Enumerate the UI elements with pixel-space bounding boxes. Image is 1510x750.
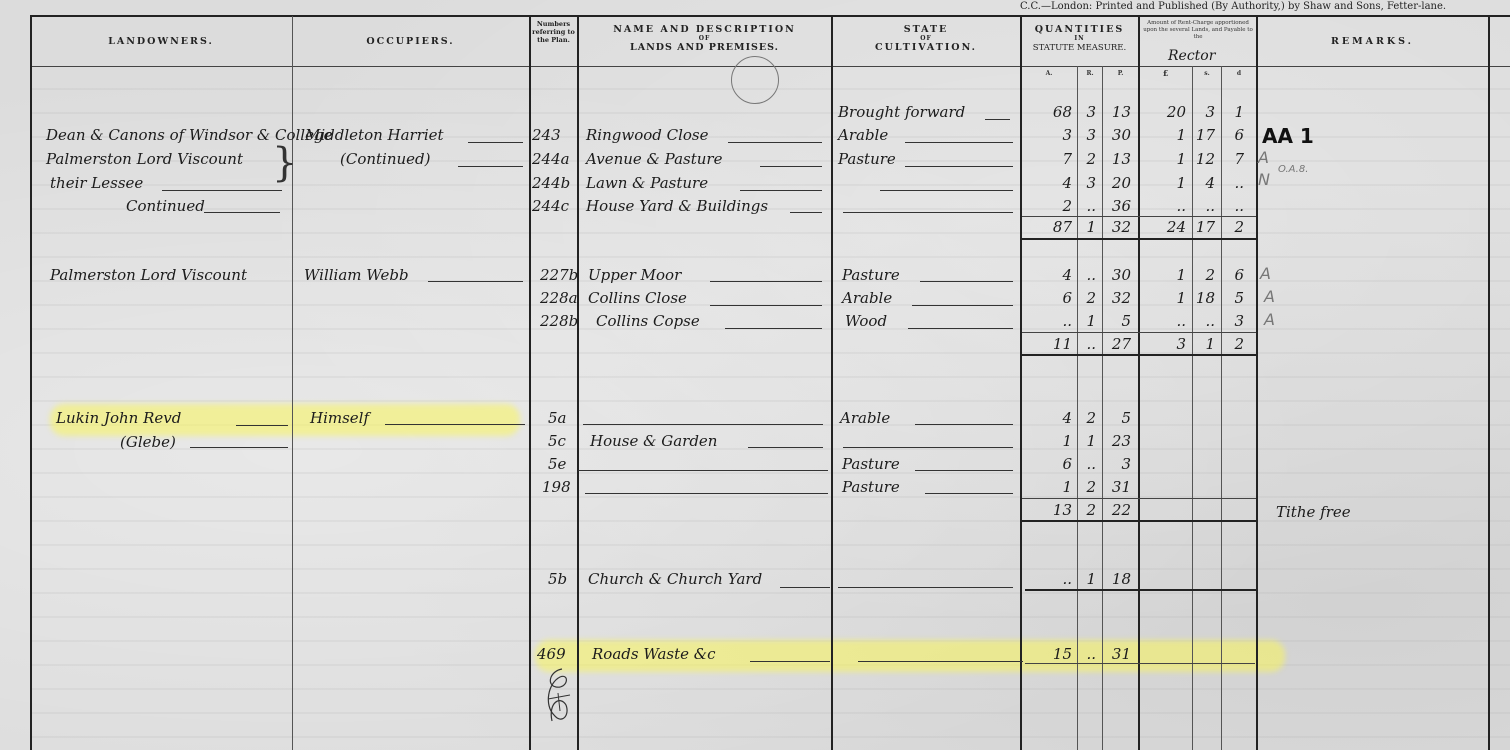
landowner-line: (Glebe): [120, 433, 176, 451]
occupier-line: (Continued): [340, 150, 431, 168]
acres: 1: [1030, 432, 1072, 450]
land-name: Church & Church Yard: [588, 570, 762, 588]
acres: 6: [1030, 289, 1072, 307]
fill-line: [760, 166, 822, 167]
total-pence: 2: [1222, 335, 1244, 353]
total-rule: [1022, 520, 1256, 522]
pencil-mark: A: [1258, 148, 1269, 167]
header-of: OF: [832, 35, 1020, 42]
cultivation-state: Pasture: [842, 478, 900, 496]
shillings: ..: [1193, 312, 1215, 330]
total-perches: 22: [1103, 501, 1131, 519]
subtotal-rule: [1022, 216, 1256, 217]
printer-line: C.C.—London: Printed and Published (By A…: [1020, 1, 1446, 12]
perches: 18: [1103, 570, 1131, 588]
fill-line: [468, 142, 523, 143]
bf-acres: 68: [1030, 103, 1072, 121]
pence: ..: [1222, 197, 1244, 215]
total-rule: [1025, 663, 1255, 664]
land-name: Collins Close: [588, 289, 687, 307]
total-roods: 2: [1078, 501, 1096, 519]
roods: 2: [1078, 150, 1096, 168]
perches: 30: [1103, 266, 1131, 284]
fill-line: [915, 470, 1013, 471]
acres: 15: [1030, 645, 1072, 663]
plan-number: 5c: [548, 432, 566, 450]
cultivation-state: Arable: [842, 289, 892, 307]
pence: ..: [1222, 174, 1244, 192]
cultivation-state: Pasture: [842, 266, 900, 284]
plan-number: 469: [537, 645, 566, 663]
acres: 7: [1030, 150, 1072, 168]
fill-line: [790, 212, 822, 213]
header-rent-charge: Amount of Rent-Charge apportioned upon t…: [1140, 20, 1256, 41]
acres: 4: [1030, 409, 1072, 427]
occupier-line: Middleton Harriet: [305, 126, 444, 144]
perches: 3: [1103, 455, 1131, 473]
pence: 3: [1222, 312, 1244, 330]
land-name: House Yard & Buildings: [586, 197, 768, 215]
bf-pence: 1: [1222, 103, 1244, 121]
plan-number: 227b: [540, 266, 578, 284]
plan-number: 228a: [540, 289, 578, 307]
header-quant-line2: STATUTE MEASURE.: [1033, 43, 1126, 53]
plan-number: 244b: [532, 174, 570, 192]
header-numbers: Numbers referring to the Plan.: [530, 20, 577, 44]
fill-line: [985, 119, 1010, 120]
sub-acres: A.: [1021, 70, 1077, 77]
total-pounds: 24: [1140, 218, 1186, 236]
pencil-reference: O.A.8.: [1278, 164, 1308, 175]
cultivation-state: Arable: [838, 126, 888, 144]
fill-line: [905, 142, 1013, 143]
roods: 2: [1078, 409, 1096, 427]
shillings: ..: [1193, 197, 1215, 215]
perches: 5: [1103, 312, 1131, 330]
fill-line: [728, 142, 822, 143]
landowner-line: their Lessee: [50, 174, 143, 192]
pence: 6: [1222, 126, 1244, 144]
bf-shillings: 3: [1193, 103, 1215, 121]
pounds: ..: [1140, 312, 1186, 330]
col-line: [1488, 16, 1490, 750]
col-line: [1192, 66, 1193, 750]
pence: 5: [1222, 289, 1244, 307]
scan-artifact-circle: [731, 56, 779, 104]
brace-icon: }: [272, 140, 297, 186]
header-remarks: REMARKS.: [1257, 36, 1488, 47]
fill-line: [578, 470, 828, 471]
fill-line: [915, 424, 1013, 425]
perches: 36: [1103, 197, 1131, 215]
fill-line: [780, 587, 830, 588]
land-name: Collins Copse: [596, 312, 700, 330]
bf-perches: 13: [1103, 103, 1131, 121]
header-landowners: LANDOWNERS.: [30, 36, 292, 47]
perches: 31: [1103, 645, 1131, 663]
plan-number: 243: [532, 126, 561, 144]
roods: 2: [1078, 289, 1096, 307]
fill-line: [920, 281, 1013, 282]
header-quantities: QUANTITIES IN STATUTE MEASURE.: [1021, 24, 1138, 53]
perches: 20: [1103, 174, 1131, 192]
fill-line: [858, 661, 1023, 662]
total-pence: 2: [1222, 218, 1244, 236]
total-pounds: 3: [1140, 335, 1186, 353]
pencil-mark: A: [1260, 264, 1271, 283]
header-of: OF: [578, 35, 831, 42]
landowner-line: Continued: [126, 197, 205, 215]
shillings: 12: [1193, 150, 1215, 168]
roods: 1: [1078, 570, 1096, 588]
sub-perches: P.: [1103, 70, 1138, 77]
roods: ..: [1078, 645, 1096, 663]
fill-line: [236, 425, 288, 426]
fill-line: [912, 305, 1013, 306]
plan-number: 198: [542, 478, 571, 496]
landowner-line: Palmerston Lord Viscount: [50, 266, 247, 284]
pencil-mark: A: [1264, 310, 1275, 329]
fill-line: [162, 190, 282, 191]
land-name: Roads Waste &c: [592, 645, 716, 663]
roods: 3: [1078, 174, 1096, 192]
perches: 5: [1103, 409, 1131, 427]
pounds: 1: [1140, 266, 1186, 284]
total-shillings: 17: [1193, 218, 1215, 236]
shillings: 4: [1193, 174, 1215, 192]
cultivation-state: Pasture: [842, 455, 900, 473]
col-line: [30, 16, 32, 750]
fill-line: [710, 305, 822, 306]
fill-line: [710, 281, 822, 282]
total-acres: 87: [1030, 218, 1072, 236]
roods: ..: [1078, 197, 1096, 215]
acres: 4: [1030, 174, 1072, 192]
header-name-line2: LANDS AND PREMISES.: [630, 42, 779, 53]
total-shillings: 1: [1193, 335, 1215, 353]
cultivation-state: Wood: [845, 312, 887, 330]
col-line: [577, 16, 579, 750]
acres: ..: [1030, 312, 1072, 330]
shillings: 18: [1193, 289, 1215, 307]
col-line: [831, 16, 833, 750]
plan-number: 5e: [548, 455, 566, 473]
acres: 4: [1030, 266, 1072, 284]
sub-pounds: £: [1139, 68, 1192, 78]
header-quant-line1: QUANTITIES: [1035, 24, 1124, 35]
col-line: [1020, 16, 1022, 750]
shillings: 2: [1193, 266, 1215, 284]
fill-line: [908, 328, 1013, 329]
total-rule: [1022, 354, 1256, 356]
bf-pounds: 20: [1140, 103, 1186, 121]
fill-line: [748, 447, 823, 448]
perches: 13: [1103, 150, 1131, 168]
land-name: Ringwood Close: [586, 126, 709, 144]
scribble-mark-icon: [540, 665, 580, 731]
occupier-line: Himself: [310, 409, 369, 427]
brought-forward-label: Brought forward: [838, 103, 965, 121]
acres: 3: [1030, 126, 1072, 144]
fill-line: [740, 190, 822, 191]
total-rule: [1022, 238, 1256, 240]
pence: 7: [1222, 150, 1244, 168]
roods: 3: [1078, 126, 1096, 144]
fill-line: [458, 166, 523, 167]
total-acres: 11: [1030, 335, 1072, 353]
total-perches: 32: [1103, 218, 1131, 236]
fill-line: [880, 190, 1013, 191]
roods: 1: [1078, 312, 1096, 330]
sub-shillings: s.: [1193, 70, 1221, 77]
fill-line: [585, 493, 828, 494]
fill-line: [190, 447, 288, 448]
cultivation-state: Arable: [840, 409, 890, 427]
pencil-mark: A: [1264, 287, 1275, 306]
land-name: House & Garden: [590, 432, 717, 450]
total-perches: 27: [1103, 335, 1131, 353]
perches: 32: [1103, 289, 1131, 307]
pencil-mark: N: [1258, 170, 1270, 189]
pounds: 1: [1140, 150, 1186, 168]
bf-roods: 3: [1078, 103, 1096, 121]
fill-line: [905, 166, 1013, 167]
perches: 30: [1103, 126, 1131, 144]
pounds: ..: [1140, 197, 1186, 215]
plan-number: 5b: [548, 570, 567, 588]
total-acres: 13: [1030, 501, 1072, 519]
pence: 6: [1222, 266, 1244, 284]
plan-number: 228b: [540, 312, 578, 330]
shillings: 17: [1193, 126, 1215, 144]
fill-line: [843, 212, 1013, 213]
pounds: 1: [1140, 126, 1186, 144]
acres: ..: [1030, 570, 1072, 588]
acres: 1: [1030, 478, 1072, 496]
subtotal-rule: [1022, 498, 1256, 499]
acres: 6: [1030, 455, 1072, 473]
fill-line: [428, 281, 523, 282]
fill-line: [583, 424, 823, 425]
rent-payee: Rector: [1168, 48, 1215, 64]
sub-roods: R.: [1078, 70, 1102, 77]
fill-line: [750, 661, 830, 662]
fill-line: [204, 212, 280, 213]
header-in: IN: [1021, 35, 1138, 42]
total-roods: ..: [1078, 335, 1096, 353]
header-name-description: NAME AND DESCRIPTION OF LANDS AND PREMIS…: [578, 24, 831, 53]
fill-line: [843, 447, 1013, 448]
header-name-line1: NAME AND DESCRIPTION: [613, 24, 796, 35]
pounds: 1: [1140, 289, 1186, 307]
subtotal-rule: [1022, 332, 1256, 333]
roods: 2: [1078, 478, 1096, 496]
acres: 2: [1030, 197, 1072, 215]
perches: 23: [1103, 432, 1131, 450]
perches: 31: [1103, 478, 1131, 496]
stamp-aa1: AA 1: [1262, 124, 1314, 148]
header-state-line2: CULTIVATION.: [875, 42, 977, 53]
fill-line: [385, 424, 525, 425]
land-name: Avenue & Pasture: [586, 150, 722, 168]
col-line: [1221, 66, 1222, 750]
plan-number: 244a: [532, 150, 570, 168]
header-state: STATE OF CULTIVATION.: [832, 24, 1020, 53]
occupier-line: William Webb: [304, 266, 409, 284]
header-occupiers: OCCUPIERS.: [292, 36, 529, 47]
roods: 1: [1078, 432, 1096, 450]
fill-line: [838, 587, 1013, 588]
roods: ..: [1078, 455, 1096, 473]
land-name: Lawn & Pasture: [586, 174, 708, 192]
pounds: 1: [1140, 174, 1186, 192]
fill-line: [725, 328, 822, 329]
cultivation-state: Pasture: [838, 150, 896, 168]
plan-number: 5a: [548, 409, 567, 427]
remark-tithe-free: Tithe free: [1276, 503, 1351, 521]
col-line: [1256, 16, 1258, 750]
fill-line: [925, 493, 1013, 494]
roods: ..: [1078, 266, 1096, 284]
landowner-line: Palmerston Lord Viscount: [46, 150, 243, 168]
total-roods: 1: [1078, 218, 1096, 236]
landowner-line: Lukin John Revd: [56, 409, 181, 427]
header-state-line1: STATE: [904, 24, 949, 35]
total-rule: [1025, 589, 1256, 591]
land-name: Upper Moor: [588, 266, 681, 284]
plan-number: 244c: [532, 197, 569, 215]
header-top-rule: [30, 15, 1510, 17]
sub-pence: d: [1222, 70, 1256, 77]
col-line: [529, 16, 531, 750]
